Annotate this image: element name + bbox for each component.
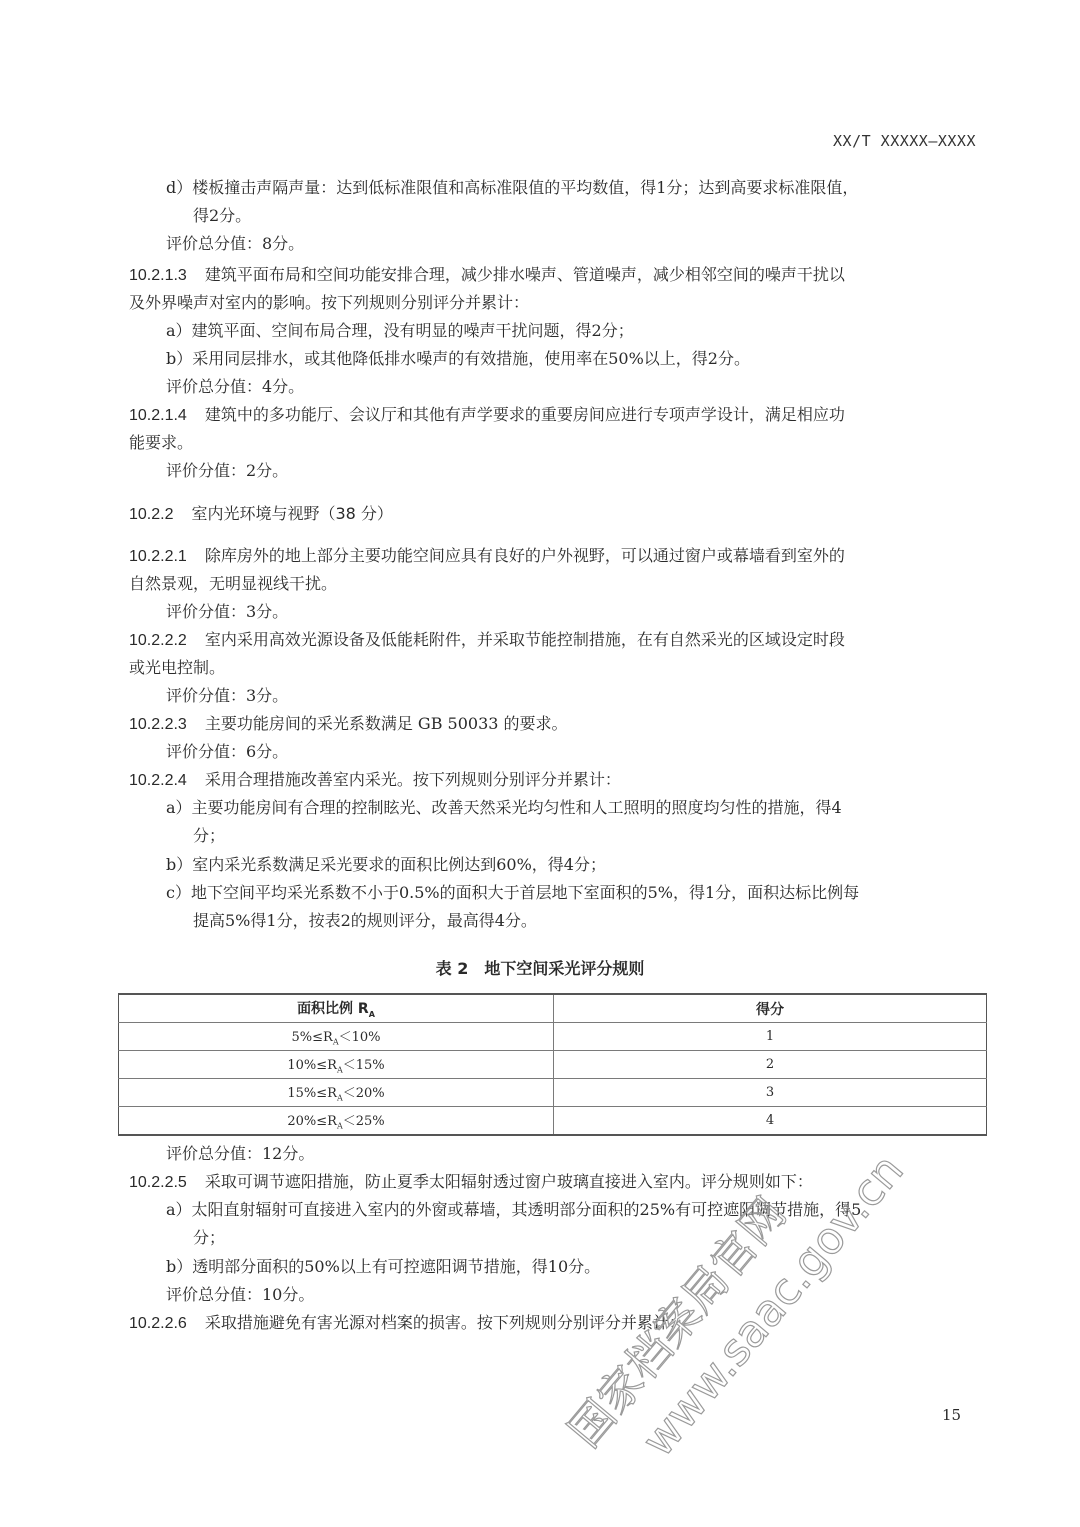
clause-text: 评价分值：3分。 [166,686,288,705]
table-header-row: 面积比例 RA 得分 [119,994,987,1023]
clause-text: 能要求。 [129,433,193,452]
clause-text: 评价总分值：4分。 [166,377,304,396]
clause-text: 分； [193,826,225,845]
clause-line: 10.2.2.3主要功能房间的采光系数满足 GB 50033 的要求。 [129,714,568,735]
text-line: 或光电控制。 [129,658,225,678]
text-line: a）主要功能房间有合理的控制眩光、改善天然采光均匀性和人工照明的照度均匀性的措施… [166,798,842,818]
clause-text: 除库房外的地上部分主要功能空间应具有良好的户外视野，可以通过窗户或幕墙看到室外的 [205,546,845,565]
clause-text: 室内光环境与视野（38 分） [191,504,392,523]
text-line: b）透明部分面积的50%以上有可控遮阳调节措施，得10分。 [166,1257,600,1277]
text-line: 评价总分值：10分。 [166,1285,314,1305]
clause-text: 评价总分值：12分。 [166,1144,314,1163]
clause-number: 10.2.1.3 [129,267,187,284]
text-line: b）采用同层排水，或其他降低排水噪声的有效措施，使用率在50%以上，得2分。 [166,349,750,369]
section-heading: 10.2.2室内光环境与视野（38 分） [129,504,393,525]
score-cell: 2 [554,1051,987,1079]
text-line: 及外界噪声对室内的影响。按下列规则分别评分并累计： [129,293,529,313]
clause-text: 分； [193,1228,225,1247]
clause-line: 10.2.2.4采用合理措施改善室内采光。按下列规则分别评分并累计： [129,770,621,791]
area-ratio-cell: 20%≤RA＜25% [119,1107,554,1136]
clause-number: 10.2.2 [129,506,173,523]
clause-text: 及外界噪声对室内的影响。按下列规则分别评分并累计： [129,293,529,312]
text-line: 评价分值：3分。 [166,602,288,622]
clause-text: c）地下空间平均采光系数不小于0.5%的面积大于首层地下室面积的5%，得1分，面… [166,883,859,902]
clause-text: 采用合理措施改善室内采光。按下列规则分别评分并累计： [205,770,621,789]
clause-number: 10.2.1.4 [129,407,187,424]
text-line: 评价分值：2分。 [166,461,288,481]
score-cell: 1 [554,1023,987,1051]
text-line: 自然景观，无明显视线干扰。 [129,574,337,594]
table-row: 5%≤RA＜10% 1 [119,1023,987,1051]
clause-text: a）主要功能房间有合理的控制眩光、改善天然采光均匀性和人工照明的照度均匀性的措施… [166,798,842,817]
clause-text: d）楼板撞击声隔声量：达到低标准限值和高标准限值的平均数值，得1分；达到高要求标… [166,178,858,197]
clause-number: 10.2.2.5 [129,1174,187,1191]
clause-number: 10.2.2.6 [129,1315,187,1332]
clause-text: 评价分值：6分。 [166,742,288,761]
clause-text: 自然景观，无明显视线干扰。 [129,574,337,593]
clause-text: 评价分值：3分。 [166,602,288,621]
clause-text: 提高5%得1分，按表2的规则评分，最高得4分。 [193,911,537,930]
text-line: 分； [193,1228,225,1248]
clause-line: 10.2.2.1除库房外的地上部分主要功能空间应具有良好的户外视野，可以通过窗户… [129,546,845,567]
table-row: 15%≤RA＜20% 3 [119,1079,987,1107]
score-cell: 3 [554,1079,987,1107]
text-line: 分； [193,826,225,846]
text-line: 提高5%得1分，按表2的规则评分，最高得4分。 [193,911,537,931]
score-cell: 4 [554,1107,987,1136]
area-ratio-cell: 5%≤RA＜10% [119,1023,554,1051]
clause-text: 采取措施避免有害光源对档案的损害。按下列规则分别评分并累计： [205,1313,685,1332]
clause-line: 10.2.1.4建筑中的多功能厅、会议厅和其他有声学要求的重要房间应进行专项声学… [129,405,845,426]
clause-text: a）太阳直射辐射可直接进入室内的外窗或幕墙，其透明部分面积的25%有可控遮阳调节… [166,1200,861,1219]
clause-text: b）采用同层排水，或其他降低排水噪声的有效措施，使用率在50%以上，得2分。 [166,349,750,368]
area-ratio-cell: 15%≤RA＜20% [119,1079,554,1107]
table-caption: 表 2 地下空间采光评分规则 [0,956,1080,979]
table-row: 20%≤RA＜25% 4 [119,1107,987,1136]
text-line: 能要求。 [129,433,193,453]
page-number: 15 [942,1406,961,1424]
clause-text: b）透明部分面积的50%以上有可控遮阳调节措施，得10分。 [166,1257,600,1276]
clause-line: 10.2.2.5采取可调节遮阳措施，防止夏季太阳辐射透过窗户玻璃直接进入室内。评… [129,1172,813,1193]
clause-text: 建筑中的多功能厅、会议厅和其他有声学要求的重要房间应进行专项声学设计，满足相应功 [205,405,845,424]
clause-text: a）建筑平面、空间布局合理，没有明显的噪声干扰问题，得2分； [166,321,634,340]
clause-text: b）室内采光系数满足采光要求的面积比例达到60%，得4分； [166,855,606,874]
column-header-area-ratio: 面积比例 RA [119,994,554,1023]
text-line: b）室内采光系数满足采光要求的面积比例达到60%，得4分； [166,855,606,875]
table-row: 10%≤RA＜15% 2 [119,1051,987,1079]
clause-text: 评价总分值：8分。 [166,234,304,253]
clause-number: 10.2.2.4 [129,772,187,789]
column-header-score: 得分 [554,994,987,1023]
text-line: 评价分值：6分。 [166,742,288,762]
clause-line: 10.2.1.3建筑平面布局和空间功能安排合理，减少排水噪声、管道噪声，减少相邻… [129,265,845,286]
document-page: XX/T XXXXX—XXXX d）楼板撞击声隔声量：达到低标准限值和高标准限值… [0,0,1080,1527]
text-line: 评价总分值：12分。 [166,1144,314,1164]
clause-text: 室内采用高效光源设备及低能耗附件，并采取节能控制措施，在有自然采光的区域设定时段 [205,630,845,649]
text-line: 评价分值：3分。 [166,686,288,706]
clause-text: 或光电控制。 [129,658,225,677]
clause-line: 10.2.2.6采取措施避免有害光源对档案的损害。按下列规则分别评分并累计： [129,1313,685,1334]
text-line: 评价总分值：4分。 [166,377,304,397]
text-line: 得2分。 [193,206,251,226]
clause-text: 主要功能房间的采光系数满足 GB 50033 的要求。 [205,714,568,733]
text-line: 评价总分值：8分。 [166,234,304,254]
clause-number: 10.2.2.2 [129,632,187,649]
clause-text: 评价分值：2分。 [166,461,288,480]
text-line: d）楼板撞击声隔声量：达到低标准限值和高标准限值的平均数值，得1分；达到高要求标… [166,178,858,198]
text-line: c）地下空间平均采光系数不小于0.5%的面积大于首层地下室面积的5%，得1分，面… [166,883,859,903]
clause-line: 10.2.2.2室内采用高效光源设备及低能耗附件，并采取节能控制措施，在有自然采… [129,630,845,651]
text-line: a）太阳直射辐射可直接进入室内的外窗或幕墙，其透明部分面积的25%有可控遮阳调节… [166,1200,861,1220]
clause-number: 10.2.2.1 [129,548,187,565]
clause-text: 采取可调节遮阳措施，防止夏季太阳辐射透过窗户玻璃直接进入室内。评分规则如下： [205,1172,813,1191]
area-ratio-cell: 10%≤RA＜15% [119,1051,554,1079]
standard-code-header: XX/T XXXXX—XXXX [833,132,976,150]
clause-text: 评价总分值：10分。 [166,1285,314,1304]
clause-text: 得2分。 [193,206,251,225]
daylight-scoring-table: 面积比例 RA 得分 5%≤RA＜10% 1 10%≤RA＜15% 2 15%≤… [118,993,987,1136]
text-line: a）建筑平面、空间布局合理，没有明显的噪声干扰问题，得2分； [166,321,634,341]
clause-text: 建筑平面布局和空间功能安排合理，减少排水噪声、管道噪声，减少相邻空间的噪声干扰以 [205,265,845,284]
clause-number: 10.2.2.3 [129,716,187,733]
